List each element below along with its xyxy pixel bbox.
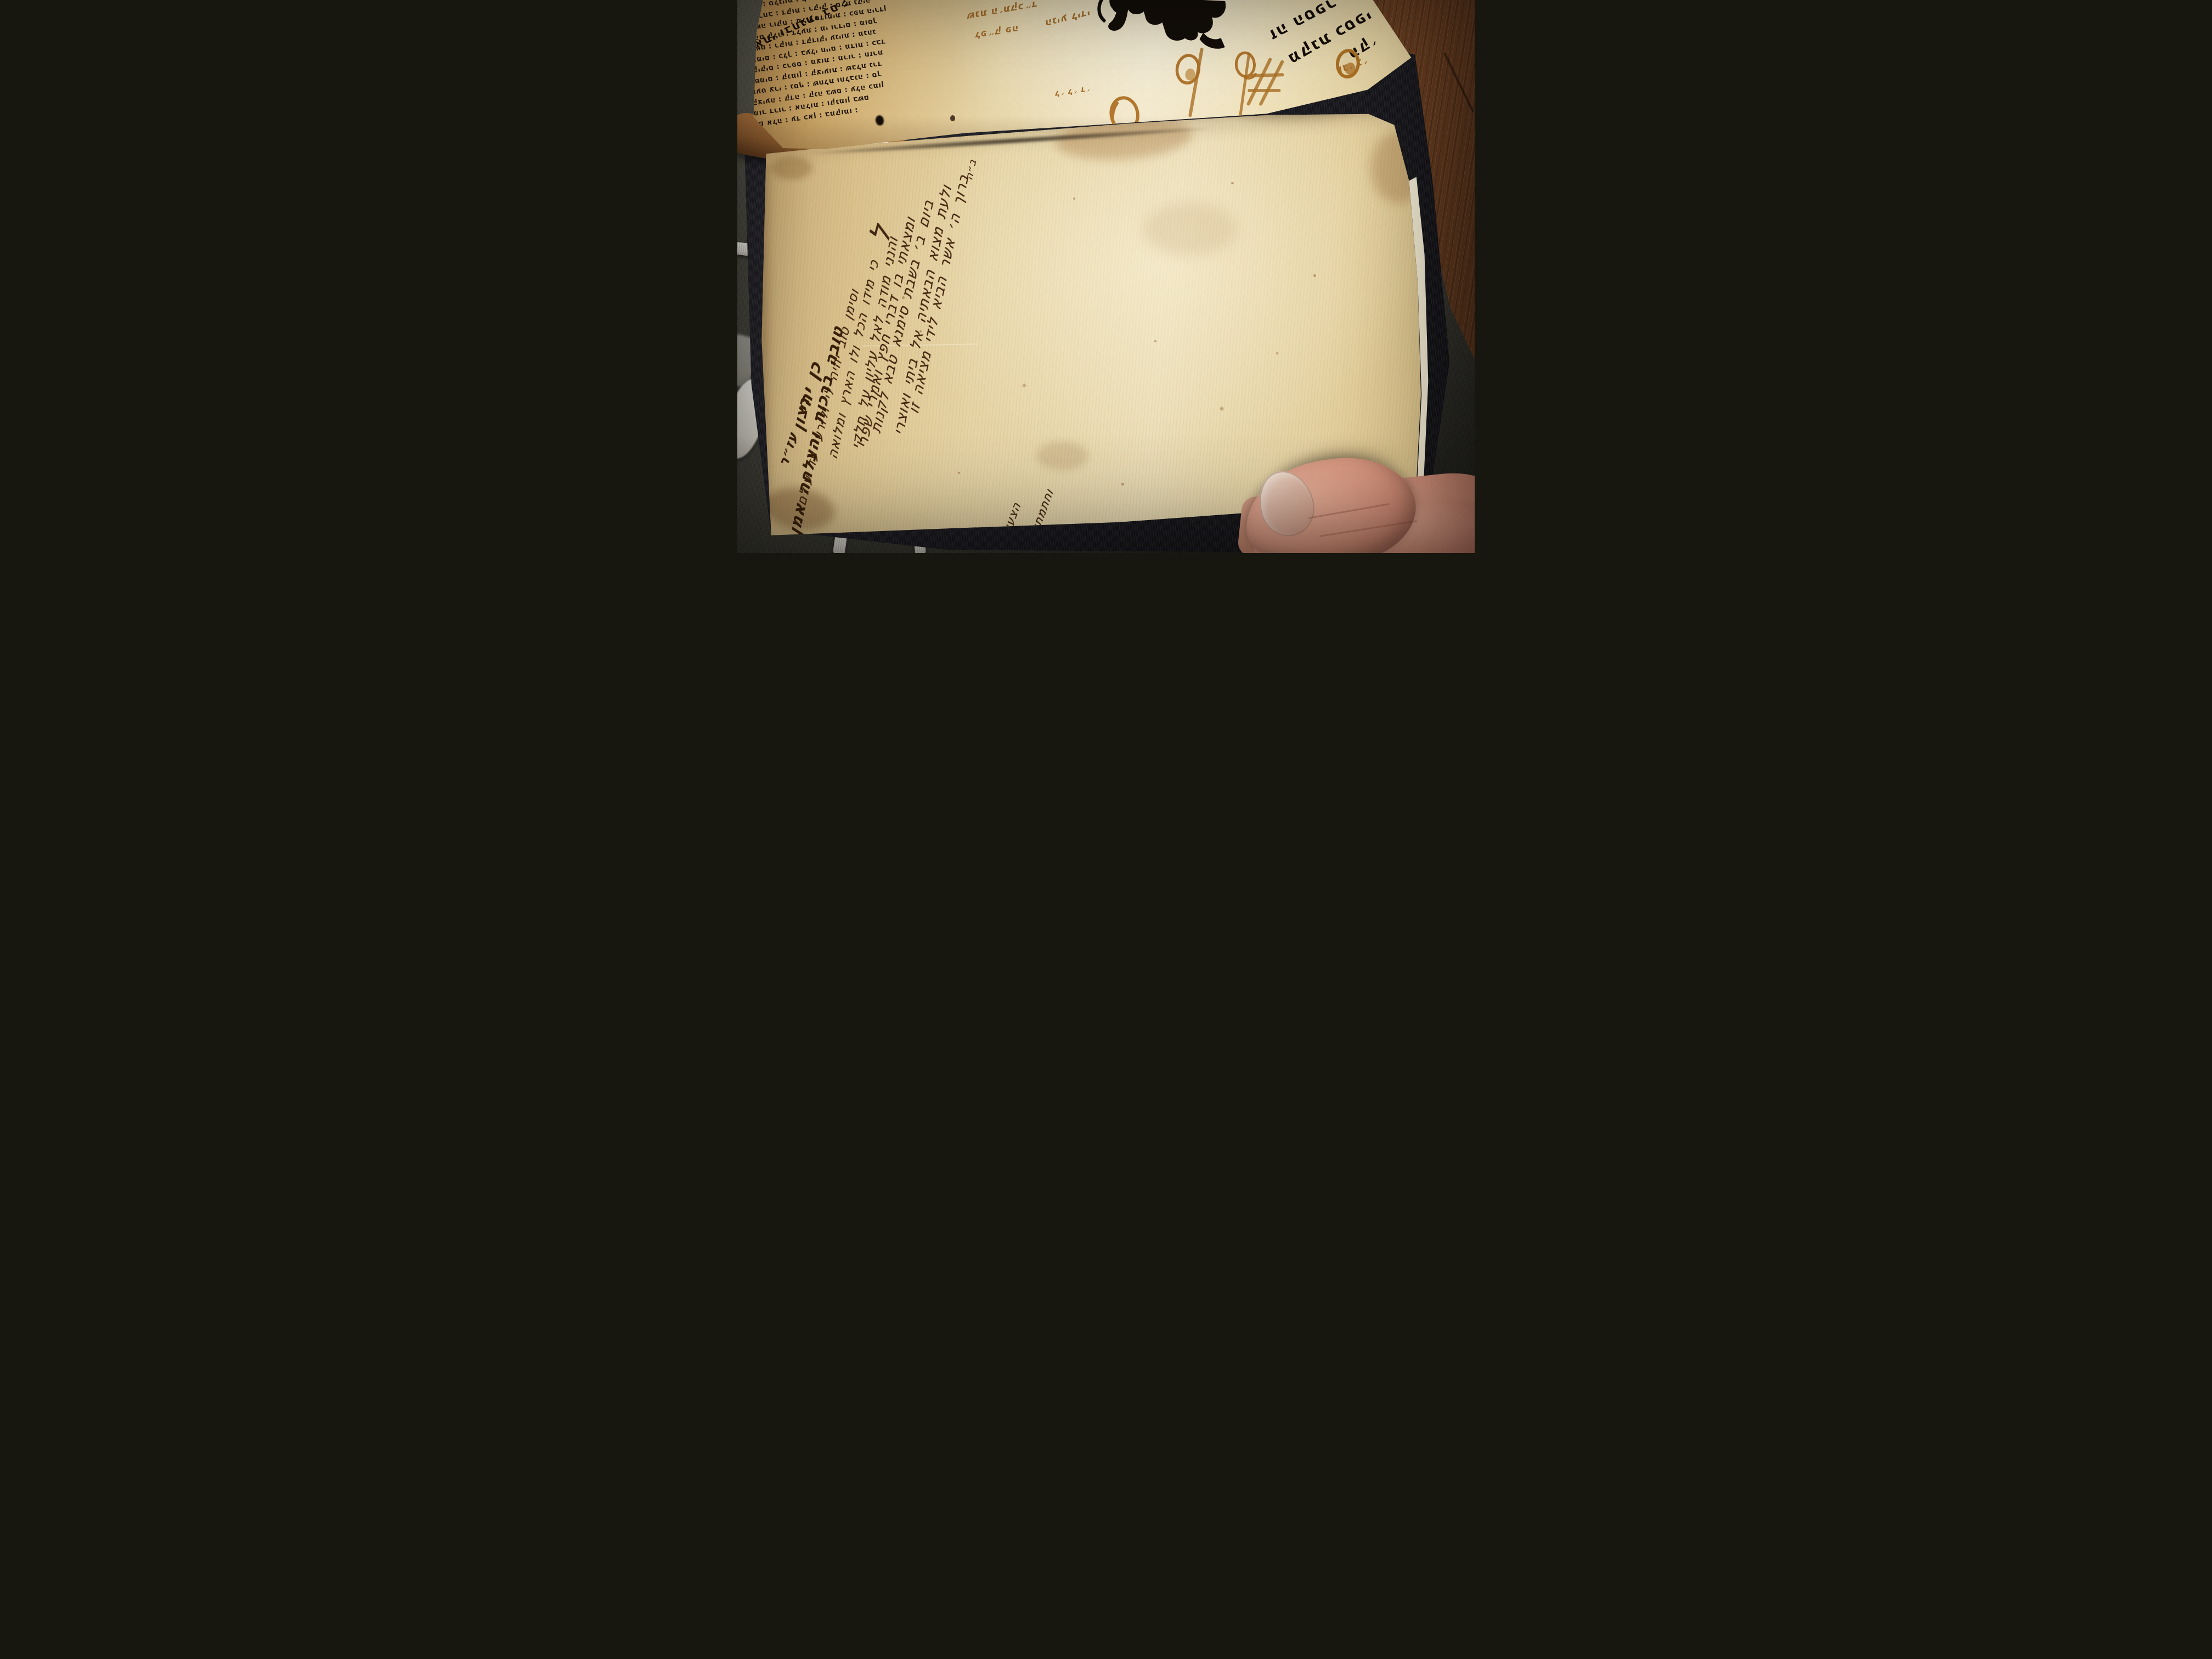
- sepia-loop: [1329, 41, 1366, 86]
- fox-spot: [1121, 483, 1124, 486]
- wormhole: [950, 115, 955, 121]
- printed-text-block: גם אלה ׃ עד כאן ׃ במקומו ׃ מור דרור ׃ אה…: [737, 0, 1063, 129]
- fox-spot: [958, 472, 960, 474]
- stain-bottom-center: [1036, 442, 1088, 470]
- fox-spot: [1231, 182, 1234, 184]
- fox-spot: [1023, 384, 1026, 387]
- fox-spot: [1154, 340, 1156, 342]
- fox-spot: [1276, 352, 1278, 354]
- stain-center: [1143, 203, 1237, 255]
- fox-spot: [1073, 198, 1075, 200]
- woodcut-animal-illustration: [1093, 0, 1230, 53]
- fox-spot: [1313, 274, 1316, 277]
- photo-stage: ב״ה ברוך ה׳ אשר הביא לידי מציאה זו ולעת …: [737, 0, 1475, 553]
- stain-top-left: [771, 156, 812, 179]
- fox-spot: [1220, 407, 1223, 410]
